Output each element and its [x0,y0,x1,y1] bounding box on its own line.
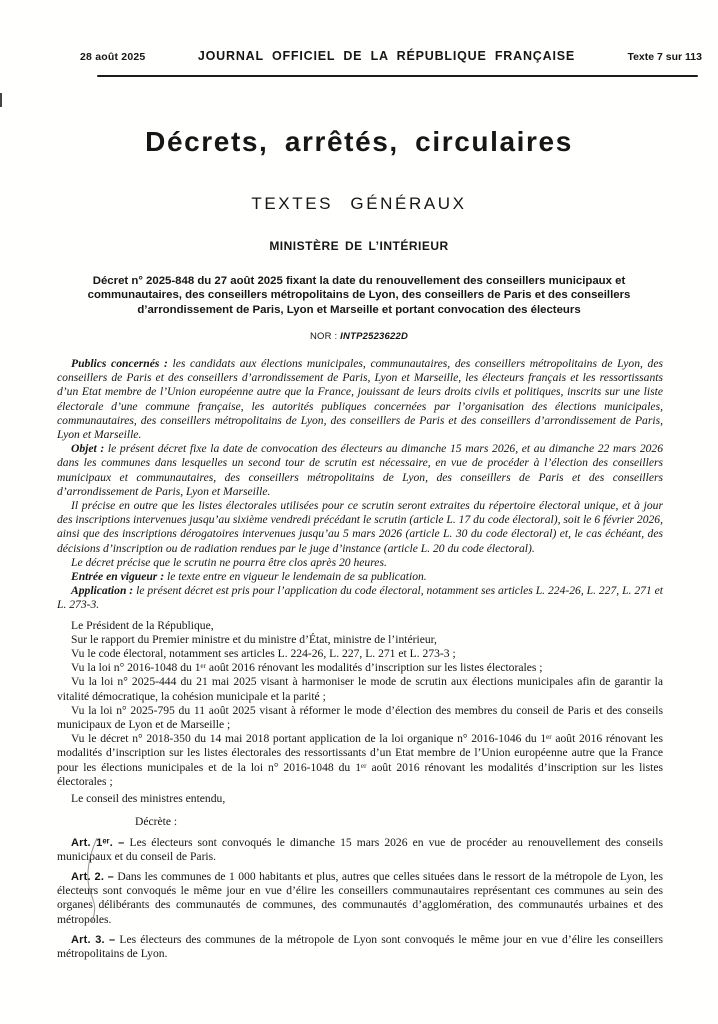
nor-line: NOR : INTP2523622D [0,331,718,342]
notice-text: Le décret précise que le scrutin ne pour… [71,556,387,569]
page-header: 28 août 2025 JOURNAL OFFICIEL DE LA RÉPU… [80,49,702,63]
notice-paragraph-entree: Entrée en vigueur : le texte entre en vi… [57,570,663,584]
ministry-title: MINISTÈRE DE L’INTÉRIEUR [0,239,718,253]
notice-paragraph-publics: Publics concernés : les candidats aux él… [57,357,663,442]
decrete-label: Décrète : [57,815,663,829]
article-1-dash: – [118,837,124,849]
preamble-line: Vu le décret n° 2018-350 du 14 mai 2018 … [57,732,663,789]
article-3-text: Les électeurs des communes de la métropo… [57,933,663,960]
scan-edge-mark [0,93,2,107]
header-texte-number: Texte 7 sur 113 [627,51,702,63]
header-rule [97,75,698,77]
notice-label: Application : [71,584,136,597]
article-3-label: Art. 3. [71,934,105,946]
preamble-line: Le conseil des ministres entendu, [57,792,663,806]
main-title: Décrets, arrêtés, circulaires [0,126,718,158]
notice-text: le présent décret est pris pour l’applic… [57,584,663,611]
preamble-line: Vu le code électoral, notamment ses arti… [57,647,663,661]
section-title: TEXTES GÉNÉRAUX [0,194,718,214]
notice-label: Objet : [71,442,108,455]
notice-paragraph-listes: Il précise en outre que les listes élect… [57,499,663,556]
article-1-text: Les électeurs sont convoqués le dimanche… [57,836,663,863]
notice-text: Il précise en outre que les listes élect… [57,499,663,555]
notice-paragraph-scrutin: Le décret précise que le scrutin ne pour… [57,556,663,570]
nor-value: INTP2523622D [340,331,408,342]
article-3: Art. 3. – Les électeurs des communes de … [57,933,663,961]
header-journal-title: JOURNAL OFFICIEL DE LA RÉPUBLIQUE FRANÇA… [198,49,575,63]
preamble-line: Sur le rapport du Premier ministre et du… [57,633,663,647]
notice-section: Publics concernés : les candidats aux él… [57,357,663,613]
notice-label: Publics concernés : [71,357,172,370]
article-3-dash: – [109,934,115,946]
preamble-line: Vu la loi n° 2025-444 du 21 mai 2025 vis… [57,675,663,703]
notice-label: Entrée en vigueur : [71,570,167,583]
preamble-section: Le Président de la République, Sur le ra… [57,619,663,807]
preamble-line: Vu la loi n° 2025-795 du 11 août 2025 vi… [57,704,663,732]
header-date: 28 août 2025 [80,51,145,63]
article-2-text: Dans les communes de 1 000 habitants et … [57,870,663,926]
article-2-dash: – [108,871,114,883]
journal-page: 28 août 2025 JOURNAL OFFICIEL DE LA RÉPU… [0,0,718,1024]
article-2: Art. 2. – Dans les communes de 1 000 hab… [57,870,663,927]
notice-paragraph-application: Application : le présent décret est pris… [57,584,663,612]
margin-pen-mark [84,836,104,926]
articles-section: Art. 1ᵉʳ. – Les électeurs sont convoqués… [57,836,663,962]
preamble-line: Vu la loi n° 2016-1048 du 1ᵉʳ août 2016 … [57,661,663,675]
notice-text: le présent décret fixe la date de convoc… [57,442,663,498]
decree-heading: Décret n° 2025-848 du 27 août 2025 fixan… [79,274,639,317]
decree-body: Publics concernés : les candidats aux él… [57,357,663,961]
nor-label: NOR : [310,331,340,342]
notice-paragraph-objet: Objet : le présent décret fixe la date d… [57,442,663,499]
notice-text: le texte entre en vigueur le lendemain d… [167,570,427,583]
article-1: Art. 1ᵉʳ. – Les électeurs sont convoqués… [57,836,663,864]
preamble-line: Le Président de la République, [57,619,663,633]
